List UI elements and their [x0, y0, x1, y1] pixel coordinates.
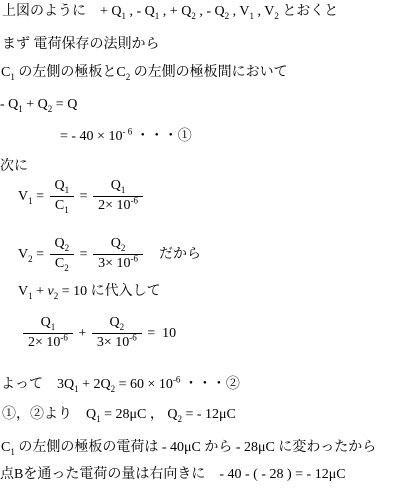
line-plates-description: C1 の左側の極板とC2 の左側の極板間において [1, 64, 288, 81]
superscript: -6 [129, 332, 137, 342]
line-variable-definitions: 上図のように + Q1 , - Q1 , + Q2 , - Q2 , V1 , … [2, 3, 338, 20]
fraction: Q23× 10-6 [93, 236, 143, 272]
text-run: ・・・① [132, 129, 192, 144]
text-run: ①，②より Q [2, 407, 96, 422]
subscript: 1 [121, 185, 126, 195]
text-run: 点Bを通った電荷の量は右向きに - 40 - ( - 28 ) = - 12μC [0, 467, 346, 482]
line-charge-conservation-intro: まず 電荷保存の法則から [2, 36, 160, 53]
fraction: Q23× 10-6 [92, 315, 142, 351]
text-run: よって 3Q [1, 377, 74, 392]
fraction-numerator: Q2 [92, 315, 142, 333]
fraction-numerator: Q1 [50, 178, 75, 196]
text-run: V [18, 247, 28, 262]
plus-sign: + [75, 325, 90, 342]
line-equation-v2: V2 = Q2C2 = Q23× 10-6 だから [18, 236, 201, 272]
fraction-numerator: Q2 [93, 236, 143, 254]
text-run: , + Q [159, 4, 191, 19]
text-run: Q [111, 236, 121, 251]
fraction-denominator: 2× 10-6 [23, 333, 73, 351]
equals-sign: = [76, 246, 91, 263]
fraction-numerator: Q1 [23, 315, 73, 333]
text-run: Q [41, 315, 51, 330]
equals-sign: = [33, 189, 48, 204]
line-solution-q-values: ①，②より Q1 = 28μC ， Q2 = - 12μC [2, 406, 236, 423]
superscript: -6 [60, 332, 68, 342]
fraction-denominator: 3× 10-6 [93, 254, 143, 272]
line-charge-change: C1 の左側の極板の電荷は - 40μC から - 28μC に変わったから [1, 439, 376, 456]
solution-page: 上図のように + Q1 , - Q1 , + Q2 , - Q2 , V1 , … [0, 0, 402, 494]
equals-sign: = [33, 247, 48, 262]
line-next-label: 次に [0, 158, 28, 175]
fraction-denominator: C2 [50, 254, 75, 272]
fraction-denominator: C1 [50, 196, 75, 214]
text-run: , V [254, 4, 274, 19]
math-var: V2 = [18, 246, 48, 263]
text-run: 2× 10 [98, 198, 130, 213]
text-run: 3× 10 [97, 335, 129, 350]
text-run: の左側の極板の電荷は - 40μC から - 28μC に変わったから [15, 440, 376, 455]
superscript: - 6 [122, 126, 132, 136]
subscript: 1 [51, 322, 56, 332]
text-run: = 60 × 10 [115, 377, 173, 392]
text-run: Q [55, 178, 65, 193]
text-run: = 10 に代入して [58, 284, 160, 299]
subscript: 1 [65, 185, 70, 195]
text-run: V [18, 284, 28, 299]
text-run: , - Q [126, 4, 155, 19]
text-run: = - 40 × 10 [60, 129, 122, 144]
text-run: Q [111, 178, 121, 193]
text-run: 2× 10 [28, 335, 60, 350]
text-run: 次に [0, 159, 28, 174]
text-run: - Q [0, 97, 18, 112]
line-equation-charge-sum: - Q1 + Q2 = Q [0, 96, 77, 113]
line-equation-v1: V1 = Q1C1 = Q12× 10-6 [18, 178, 145, 214]
text-run: C [1, 65, 10, 80]
fraction-denominator: 3× 10-6 [92, 333, 142, 351]
text-run: + 2Q [79, 377, 111, 392]
fraction: Q1C1 [50, 178, 75, 214]
fraction: Q12× 10-6 [93, 178, 143, 214]
line-equation-fractions: Q12× 10-6 + Q23× 10-6 = 10 [21, 315, 176, 351]
equals-sign: = [76, 188, 91, 205]
text-run: 上図のように + Q [2, 4, 122, 19]
text-run: C [55, 256, 64, 271]
text-run: Q [109, 315, 119, 330]
text-run: + [33, 284, 48, 299]
line-equation-2: よって 3Q1 + 2Q2 = 60 × 10-6 ・・・② [1, 376, 240, 393]
equals-sign: = 10 [144, 325, 176, 342]
line-answer: 点Bを通った電荷の量は右向きに - 40 - ( - 28 ) = - 12μC [0, 466, 346, 483]
text-run: だから [145, 246, 201, 263]
subscript: 2 [120, 322, 125, 332]
fraction-denominator: 2× 10-6 [93, 196, 143, 214]
text-run: C [55, 198, 64, 213]
text-run: ・・・② [180, 377, 240, 392]
subscript: 2 [121, 243, 126, 253]
fraction: Q2C2 [50, 236, 75, 272]
subscript: 2 [65, 243, 70, 253]
text-run: の左側の極板間において [130, 65, 288, 80]
text-run: = - 12μC [182, 407, 236, 422]
text-run: C [1, 440, 10, 455]
fraction: Q12× 10-6 [23, 315, 73, 351]
fraction-numerator: Q2 [50, 236, 75, 254]
line-substitution: V1 + v2 = 10 に代入して [18, 283, 161, 300]
text-run: , - Q [196, 4, 225, 19]
text-run: Q [55, 236, 65, 251]
superscript: -6 [130, 253, 138, 263]
text-run: , V [229, 4, 249, 19]
subscript: 1 [64, 205, 69, 215]
math-var: V1 = [18, 188, 48, 205]
text-run: = 28μC ， Q [101, 407, 178, 422]
text-run: とおくと [279, 4, 339, 19]
line-equation-1: = - 40 × 10- 6 ・・・① [60, 128, 192, 145]
superscript: -6 [130, 195, 138, 205]
subscript: 2 [64, 263, 69, 273]
fraction-numerator: Q1 [93, 178, 143, 196]
text-run: + Q [23, 97, 48, 112]
text-run: V [18, 189, 28, 204]
text-run: = Q [52, 97, 77, 112]
text-run: の左側の極板とC [15, 65, 126, 80]
text-run: 3× 10 [98, 256, 130, 271]
text-run: まず 電荷保存の法則から [2, 37, 160, 52]
